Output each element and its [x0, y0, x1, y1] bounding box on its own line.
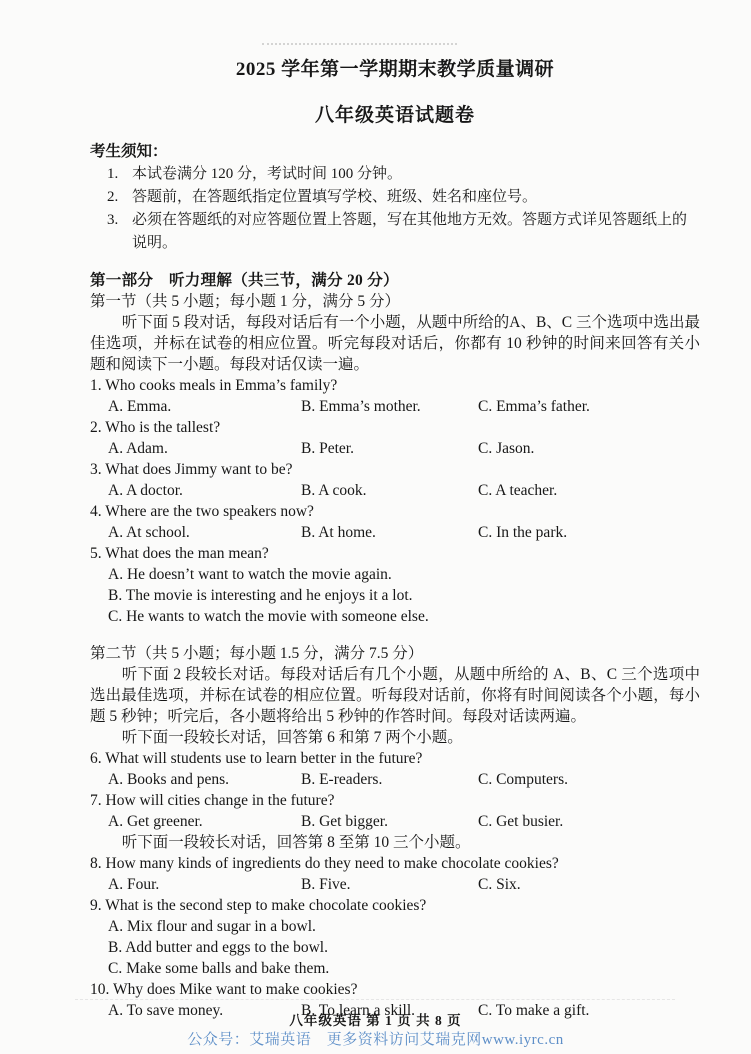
question-options: A. Get greener. B. Get bigger. C. Get bu…: [90, 811, 700, 832]
option-c: C. Get busier.: [478, 811, 700, 832]
option-a: A. Adam.: [108, 438, 301, 459]
option-b: B. E-readers.: [301, 769, 478, 790]
option-c: C. A teacher.: [478, 480, 700, 501]
question-text: 2. Who is the tallest?: [90, 417, 700, 438]
option-b: B. The movie is interesting and he enjoy…: [90, 585, 700, 606]
notice-item: 1. 本试卷满分 120 分，考试时间 100 分钟。: [90, 163, 700, 186]
option-b: B. Five.: [301, 874, 478, 895]
notice-item-text: 必须在答题纸的对应答题位置上答题，写在其他地方无效。答题方式详见答题纸上的说明。: [132, 209, 700, 255]
option-c: C. Jason.: [478, 438, 700, 459]
exam-page: 2025 学年第一学期期末教学质量调研 八年级英语试题卷 考生须知： 1. 本试…: [0, 0, 751, 1054]
question-text: 1. Who cooks meals in Emma’s family?: [90, 375, 700, 396]
question-text: 8. How many kinds of ingredients do they…: [90, 853, 700, 874]
section2-heading: 第二节（共 5 小题；每小题 1.5 分，满分 7.5 分）: [90, 643, 700, 664]
option-a: A. He doesn’t want to watch the movie ag…: [90, 564, 700, 585]
question-4: 4. Where are the two speakers now? A. At…: [90, 501, 700, 543]
option-c: C. He wants to watch the movie with some…: [90, 606, 700, 627]
question-5: 5. What does the man mean? A. He doesn’t…: [90, 543, 700, 627]
question-3: 3. What does Jimmy want to be? A. A doct…: [90, 459, 700, 501]
notice-item: 2. 答题前，在答题纸指定位置填写学校、班级、姓名和座位号。: [90, 186, 700, 209]
question-text: 4. Where are the two speakers now?: [90, 501, 700, 522]
notice-item-text: 本试卷满分 120 分，考试时间 100 分钟。: [132, 163, 700, 186]
option-a: A. Books and pens.: [108, 769, 301, 790]
option-c: C. Computers.: [478, 769, 700, 790]
question-text: 6. What will students use to learn bette…: [90, 748, 700, 769]
scan-artifact-top: [262, 43, 457, 47]
option-c: C. Make some balls and bake them.: [90, 958, 700, 979]
question-text: 5. What does the man mean?: [90, 543, 700, 564]
notice-heading: 考生须知：: [90, 141, 700, 163]
question-7: 7. How will cities change in the future?…: [90, 790, 700, 832]
option-b: B. Emma’s mother.: [301, 396, 478, 417]
section1-heading: 第一节（共 5 小题；每小题 1 分，满分 5 分）: [90, 291, 700, 312]
question-options: A. A doctor. B. A cook. C. A teacher.: [90, 480, 700, 501]
question-text: 10. Why does Mike want to make cookies?: [90, 979, 700, 1000]
option-b: B. At home.: [301, 522, 478, 543]
question-options: A. Emma. B. Emma’s mother. C. Emma’s fat…: [90, 396, 700, 417]
exam-subtitle: 八年级英语试题卷: [90, 104, 700, 128]
scan-artifact-bottom: [75, 999, 675, 1001]
question-options: A. Four. B. Five. C. Six.: [90, 874, 700, 895]
option-c: C. Six.: [478, 874, 700, 895]
question-options: A. Adam. B. Peter. C. Jason.: [90, 438, 700, 459]
exam-title: 2025 学年第一学期期末教学质量调研: [90, 58, 700, 82]
section2-instructions: 听下面 2 段较长对话。每段对话后有几个小题，从题中所给的 A、B、C 三个选项…: [90, 664, 700, 727]
option-c: C. Emma’s father.: [478, 396, 700, 417]
option-a: A. Emma.: [108, 396, 301, 417]
question-text: 3. What does Jimmy want to be?: [90, 459, 700, 480]
page-footer: 八年级英语 第 1 页 共 8 页 公众号：艾瑞英语 更多资料访问艾瑞克网www…: [0, 1012, 751, 1050]
dialog1-note: 听下面一段较长对话，回答第 6 和第 7 两个小题。: [90, 727, 700, 748]
footer-page-info: 八年级英语 第 1 页 共 8 页: [0, 1012, 751, 1030]
part1-heading: 第一部分 听力理解（共三节，满分 20 分）: [90, 270, 700, 291]
option-a: A. Get greener.: [108, 811, 301, 832]
question-options: A. At school. B. At home. C. In the park…: [90, 522, 700, 543]
option-a: A. Mix flour and sugar in a bowl.: [90, 916, 700, 937]
notice-item-number: 2.: [107, 186, 132, 209]
notice-item-number: 1.: [107, 163, 132, 186]
question-8: 8. How many kinds of ingredients do they…: [90, 853, 700, 895]
question-text: 7. How will cities change in the future?: [90, 790, 700, 811]
dialog2-note: 听下面一段较长对话，回答第 8 至第 10 三个小题。: [90, 832, 700, 853]
question-2: 2. Who is the tallest? A. Adam. B. Peter…: [90, 417, 700, 459]
notice-item-number: 3.: [107, 209, 132, 255]
question-text: 9. What is the second step to make choco…: [90, 895, 700, 916]
footer-promo-text: 公众号：艾瑞英语 更多资料访问艾瑞克网www.iyrc.cn: [0, 1030, 751, 1050]
question-options: A. Books and pens. B. E-readers. C. Comp…: [90, 769, 700, 790]
option-a: A. At school.: [108, 522, 301, 543]
notice-item: 3. 必须在答题纸的对应答题位置上答题，写在其他地方无效。答题方式详见答题纸上的…: [90, 209, 700, 255]
option-b: B. A cook.: [301, 480, 478, 501]
option-b: B. Peter.: [301, 438, 478, 459]
notice-item-text: 答题前，在答题纸指定位置填写学校、班级、姓名和座位号。: [132, 186, 700, 209]
option-c: C. In the park.: [478, 522, 700, 543]
option-a: A. Four.: [108, 874, 301, 895]
option-b: B. Get bigger.: [301, 811, 478, 832]
candidate-notice: 考生须知： 1. 本试卷满分 120 分，考试时间 100 分钟。 2. 答题前…: [90, 141, 700, 255]
question-6: 6. What will students use to learn bette…: [90, 748, 700, 790]
question-1: 1. Who cooks meals in Emma’s family? A. …: [90, 375, 700, 417]
question-9: 9. What is the second step to make choco…: [90, 895, 700, 979]
option-a: A. A doctor.: [108, 480, 301, 501]
section1-instructions: 听下面 5 段对话，每段对话后有一个小题，从题中所给的A、B、C 三个选项中选出…: [90, 312, 700, 375]
option-b: B. Add butter and eggs to the bowl.: [90, 937, 700, 958]
